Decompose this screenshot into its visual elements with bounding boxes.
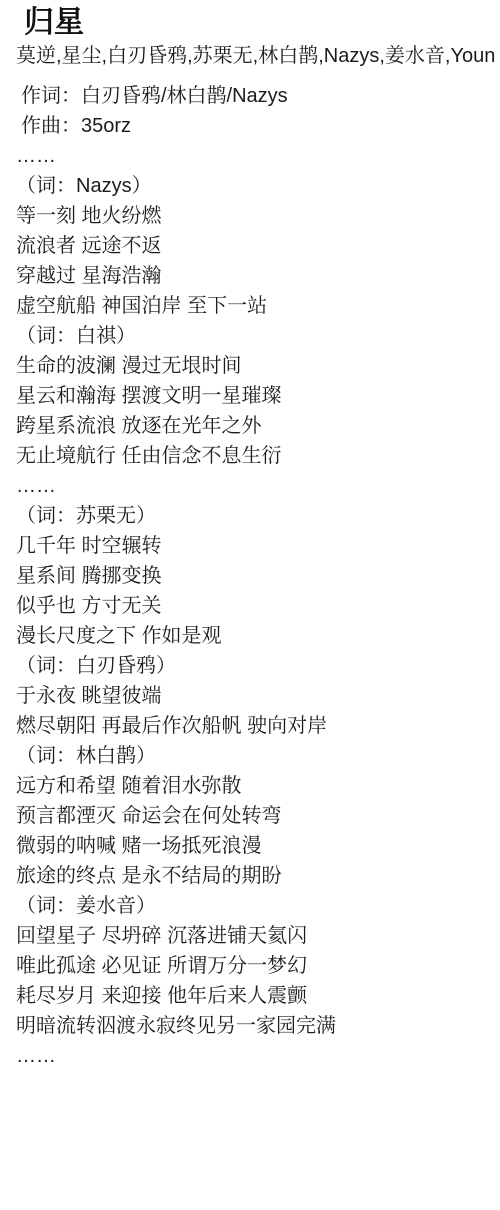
lyric-line: （词：白祺） <box>16 321 496 351</box>
lyric-line: 虚空航船 神国泊岸 至下一站 <box>16 291 496 321</box>
lyric-line: 燃尽朝阳 再最后作次船帆 驶向对岸 <box>16 711 496 741</box>
lyric-line: 流浪者 远途不返 <box>16 231 496 261</box>
lyric-line: 旅途的终点 是永不结局的期盼 <box>16 861 496 891</box>
credits-block: 作词：白刃昏鸦/林白鹊/Nazys 作曲：35orz <box>16 81 500 141</box>
lyric-line: 等一刻 地火纷燃 <box>16 201 496 231</box>
lyric-line: …… <box>16 471 496 501</box>
lyric-line: （词：苏栗无） <box>16 501 496 531</box>
lyric-line: 明暗流转泅渡永寂终见另一家园完满 <box>16 1011 496 1041</box>
lyrics-page: 归星 莫逆,星尘,白刃昏鸦,苏栗无,林白鹊,Nazys,姜水音,Youn 作词：… <box>0 6 500 1210</box>
lyric-line: （词：姜水音） <box>16 891 496 921</box>
lyric-line: 于永夜 眺望彼端 <box>16 681 496 711</box>
lyric-line: 远方和希望 随着泪水弥散 <box>16 771 496 801</box>
lyric-line: 预言都湮灭 命运会在何处转弯 <box>16 801 496 831</box>
lyric-line: 星云和瀚海 摆渡文明一星璀璨 <box>16 381 496 411</box>
song-title: 归星 <box>24 6 500 40</box>
lyricist-line: 作词：白刃昏鸦/林白鹊/Nazys <box>21 81 500 111</box>
lyrics-body: ……（词：Nazys）等一刻 地火纷燃流浪者 远途不返穿越过 星海浩瀚虚空航船 … <box>16 141 500 1071</box>
lyric-line: …… <box>16 141 496 171</box>
lyric-line: 星系间 腾挪变换 <box>16 561 496 591</box>
lyric-line: 唯此孤途 必见证 所谓万分一梦幻 <box>16 951 496 981</box>
lyric-line: 耗尽岁月 来迎接 他年后来人震颤 <box>16 981 496 1011</box>
lyric-line: 无止境航行 任由信念不息生衍 <box>16 441 496 471</box>
lyric-line: （词：林白鹊） <box>16 741 496 771</box>
lyric-line: （词：Nazys） <box>16 171 496 201</box>
lyric-line: 似乎也 方寸无关 <box>16 591 496 621</box>
lyric-line: …… <box>16 1041 496 1071</box>
artist-line: 莫逆,星尘,白刃昏鸦,苏栗无,林白鹊,Nazys,姜水音,Youn <box>16 44 500 68</box>
lyric-line: 漫长尺度之下 作如是观 <box>16 621 496 651</box>
lyric-line: 生命的波澜 漫过无垠时间 <box>16 351 496 381</box>
lyric-line: 微弱的呐喊 赌一场抵死浪漫 <box>16 831 496 861</box>
lyric-line: （词：白刃昏鸦） <box>16 651 496 681</box>
lyric-line: 回望星子 尽坍碎 沉落进铺天氦闪 <box>16 921 496 951</box>
lyric-line: 几千年 时空辗转 <box>16 531 496 561</box>
lyric-line: 穿越过 星海浩瀚 <box>16 261 496 291</box>
composer-line: 作曲：35orz <box>21 111 500 141</box>
lyric-line: 跨星系流浪 放逐在光年之外 <box>16 411 496 441</box>
